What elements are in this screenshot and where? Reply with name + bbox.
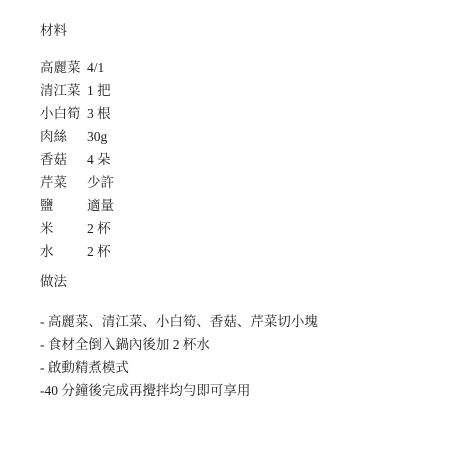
ingredient-name: 鹽 — [40, 194, 87, 217]
ingredient-qty: 2 杯 — [87, 240, 111, 263]
ingredient-qty: 2 杯 — [87, 217, 111, 240]
ingredient-row: 清江菜1 把 — [40, 79, 434, 102]
ingredient-qty: 4/1 — [87, 56, 104, 79]
ingredient-name: 芹菜 — [40, 171, 87, 194]
ingredient-name: 肉絲 — [40, 125, 87, 148]
steps-heading: 做法 — [40, 270, 434, 293]
ingredients-heading: 材料 — [40, 19, 434, 42]
ingredient-qty: 適量 — [87, 194, 114, 217]
ingredient-name: 水 — [40, 240, 87, 263]
step-line: - 高麗菜、清江菜、小白筍、香菇、芹菜切小塊 — [40, 310, 434, 333]
ingredient-row: 米2 杯 — [40, 217, 434, 240]
ingredients-list: 高麗菜4/1清江菜1 把小白筍3 根肉絲30g香菇4 朵芹菜少許鹽適量米2 杯水… — [40, 56, 434, 263]
ingredient-name: 清江菜 — [40, 79, 87, 102]
ingredient-qty: 3 根 — [87, 102, 111, 125]
ingredient-name: 香菇 — [40, 148, 87, 171]
ingredient-name: 米 — [40, 217, 87, 240]
step-line: -40 分鐘後完成再攪拌均勻即可享用 — [40, 379, 434, 402]
step-line: - 食材全倒入鍋內後加 2 杯水 — [40, 333, 434, 356]
ingredient-row: 高麗菜4/1 — [40, 56, 434, 79]
step-line: - 啟動精煮模式 — [40, 356, 434, 379]
ingredient-name: 高麗菜 — [40, 56, 87, 79]
steps-list: - 高麗菜、清江菜、小白筍、香菇、芹菜切小塊- 食材全倒入鍋內後加 2 杯水- … — [40, 310, 434, 402]
ingredient-qty: 少許 — [87, 171, 114, 194]
ingredient-name: 小白筍 — [40, 102, 87, 125]
ingredient-qty: 1 把 — [87, 79, 111, 102]
ingredient-row: 水2 杯 — [40, 240, 434, 263]
spacer — [40, 263, 434, 270]
ingredient-row: 小白筍3 根 — [40, 102, 434, 125]
ingredient-row: 芹菜少許 — [40, 171, 434, 194]
ingredient-qty: 30g — [87, 125, 107, 148]
spacer — [40, 42, 434, 56]
recipe-document: 材料 高麗菜4/1清江菜1 把小白筍3 根肉絲30g香菇4 朵芹菜少許鹽適量米2… — [0, 0, 454, 453]
ingredient-row: 香菇4 朵 — [40, 148, 434, 171]
spacer — [40, 293, 434, 310]
ingredient-qty: 4 朵 — [87, 148, 111, 171]
ingredient-row: 肉絲30g — [40, 125, 434, 148]
ingredient-row: 鹽適量 — [40, 194, 434, 217]
